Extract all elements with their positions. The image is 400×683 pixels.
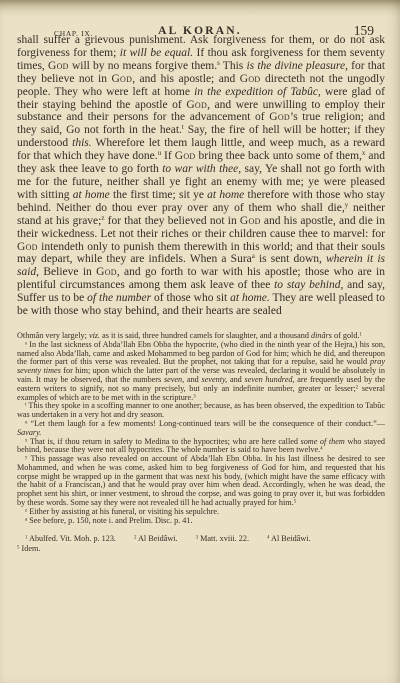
footnote-paragraph: a See before, p. 150, note i. and Prelim… [17,517,385,526]
running-title: AL KORAN. [158,25,242,37]
footnote-paragraph: x That is, if thou return in safety to M… [17,438,385,456]
footnote-paragraph: t This they spoke in a scoffing manner t… [17,402,385,420]
page-header: CHAP. IX. AL KORAN. 159 [0,0,400,25]
references-section: 1 Abulfed. Vit. Moh. p. 123.2 Al Beidâwi… [17,534,385,554]
references-line: 1 Abulfed. Vit. Moh. p. 123.2 Al Beidâwi… [17,534,385,544]
footnotes-section: Othmân very largely; viz. as it is said,… [17,332,385,526]
references-line: 5 Idem. [17,544,385,554]
chapter-label: CHAP. IX. [54,29,93,38]
page-number: 159 [354,23,374,39]
footnote-paragraph: y This passage was also revealed on acco… [17,455,385,508]
book-page: CHAP. IX. AL KORAN. 159 shall suffer a g… [0,0,400,683]
main-text: shall suffer a grievous punishment. Ask … [17,34,385,318]
footnote-paragraph: u “Let them laugh for a few moments! Lon… [17,420,385,438]
footnote-paragraph: s In the last sickness of Abda’llah Ebn … [17,341,385,403]
